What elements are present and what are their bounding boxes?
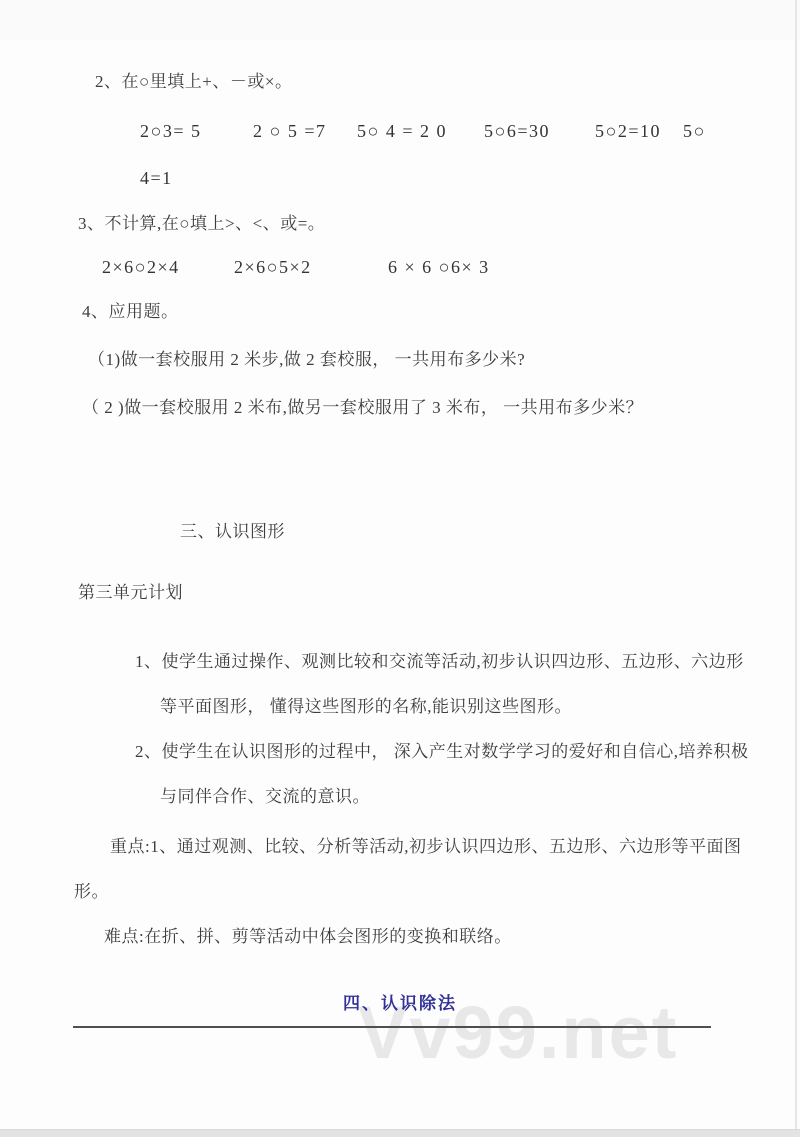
equation-6: 5○ bbox=[683, 119, 706, 143]
section-divider-line bbox=[73, 1026, 711, 1028]
question-2-heading: 2、在○里填上+、－或×。 bbox=[95, 70, 292, 94]
section-4-heading: 四、认识除法 bbox=[0, 992, 800, 1016]
objective-1-line-1: 1、使学生通过操作、观测比较和交流等活动,初步认识四边形、五边形、六边形 bbox=[135, 650, 744, 674]
equation-4: 5○6=30 bbox=[484, 119, 550, 143]
word-problem-2: （ 2 )做一套校服用 2 米布,做另一套校服用了 3 米布， 一共用布多少米？ bbox=[82, 396, 643, 420]
key-point-line-2: 形。 bbox=[74, 880, 109, 904]
page-right-edge bbox=[795, 0, 797, 1137]
difficulty-line: 难点:在折、拼、剪等活动中体会图形的变换和联络。 bbox=[104, 925, 512, 949]
comparison-1: 2×6○2×4 bbox=[102, 255, 180, 279]
equation-2: 2 ○ 5 =7 bbox=[253, 119, 327, 143]
page-bottom-strip bbox=[0, 1129, 800, 1137]
equation-6-wrapped-tail: 4=1 bbox=[140, 166, 173, 190]
equation-5: 5○2=10 bbox=[595, 119, 661, 143]
word-problem-1: （1)做一套校服用 2 米步,做 2 套校服， 一共用布多少米? bbox=[88, 348, 525, 372]
objective-2-line-2: 与同伴合作、交流的意识。 bbox=[160, 785, 370, 809]
question-4-heading: 4、应用题。 bbox=[82, 300, 179, 324]
equation-1: 2○3= 5 bbox=[140, 119, 202, 143]
unit-plan-title: 第三单元计划 bbox=[78, 581, 183, 605]
comparison-3: 6 × 6 ○6× 3 bbox=[388, 255, 490, 279]
comparison-2: 2×6○5×2 bbox=[234, 255, 312, 279]
scan-shading-band bbox=[0, 0, 800, 40]
equation-3: 5○ 4 = 2 0 bbox=[357, 119, 447, 143]
section-3-heading: 三、认识图形 bbox=[180, 520, 285, 544]
objective-2-line-1: 2、使学生在认识图形的过程中， 深入产生对数学学习的爱好和自信心,培养积极 bbox=[135, 740, 749, 764]
question-3-heading: 3、不计算,在○填上>、<、或=。 bbox=[78, 212, 325, 236]
document-page: Vv99.net 2、在○里填上+、－或×。 2○3= 5 2 ○ 5 =7 5… bbox=[0, 0, 800, 1137]
key-point-line-1: 重点:1、通过观测、比较、分析等活动,初步认识四边形、五边形、六边形等平面图 bbox=[110, 835, 741, 859]
objective-1-line-2: 等平面图形， 懂得这些图形的名称,能识别这些图形。 bbox=[160, 695, 572, 719]
